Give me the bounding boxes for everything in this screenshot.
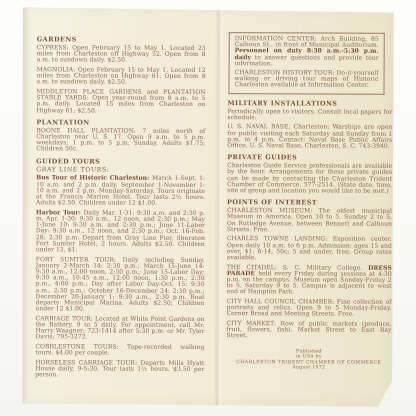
paper-edge-shadow	[21, 6, 30, 405]
paragraph: U. S. NAVAL BASE, Charleston: Warships a…	[227, 125, 392, 151]
paragraph: CARRIAGE TOUR: Located at White Point Ga…	[35, 316, 204, 342]
photo-background: - -- - - - - - - -- - - GARDENSCYPRESS: …	[0, 0, 416, 416]
paragraph: CITY MARKET: Row of public markets (prod…	[226, 321, 391, 340]
paragraph: THE CITADEL: S. C. Military College. DRE…	[227, 265, 392, 297]
paragraph: CHARLES TOWNE LANDING: Exposition center…	[227, 237, 392, 263]
column-right: INFORMATION CENTER: Arch Building, 85 Ca…	[226, 32, 392, 372]
section-heading: MILITARY INSTALLATIONS	[227, 100, 392, 108]
print-artifact: - -- - - - - - - -- - -	[285, 25, 403, 32]
section-heading: PRIVATE GUIDES	[227, 154, 392, 162]
body-text: Daily Mar. 1-31: 9:30 a.m. and 2:30 p. m…	[36, 209, 205, 253]
paragraph: Harbor Tour: Daily Mar. 1-31: 9:30 a.m. …	[36, 210, 205, 254]
body-text: to answer questions and provide tour inf…	[235, 54, 379, 67]
paragraph: INFORMATION CENTER: Arch Building, 85 Ca…	[235, 36, 379, 68]
body-text: Daily including Sunday. January 2-March …	[36, 256, 205, 312]
section-heading: GARDENS	[37, 36, 206, 44]
paragraph: CHARLESTON HISTORY TOUR: Do-it-yourself …	[235, 70, 379, 89]
paragraph: Bus Tour of Historic Charleston: March 1…	[36, 176, 205, 208]
paragraph: Charleston Guide Service professionals a…	[227, 163, 392, 195]
fold-crease	[213, 7, 225, 406]
paragraph: Periodically open to visitors. Consult l…	[227, 109, 392, 122]
section-heading: PLANTATION	[36, 119, 205, 127]
paragraph: MIDDLETON PLACE GARDENS and PLANTATION S…	[36, 89, 205, 115]
section-heading: POINTS OF INTEREST	[227, 199, 392, 207]
brochure-page: - -- - - - - - - -- - - GARDENSCYPRESS: …	[21, 6, 394, 407]
paragraph: HORSELESS CARRIAGE TOUR: Departs Mills H…	[35, 360, 204, 379]
section-heading: GUIDED TOURS	[36, 158, 205, 166]
publisher-line: August 1972	[226, 366, 391, 372]
info-box: INFORMATION CENTER: Arch Building, 85 Ca…	[228, 32, 384, 94]
body-text: Charleston Guide Service professionals a…	[227, 162, 392, 195]
paragraph: FORT SUMTER TOUR: Daily including Sunday…	[36, 257, 205, 314]
paragraph: CITY HALL COUNCIL CHAMBER: Fine collecti…	[227, 299, 392, 318]
paragraph: BOONE HALL PLANTATION: 7 miles north of …	[36, 128, 205, 154]
section-subheading: GRAY LINE TOURS:	[36, 167, 205, 175]
paragraph: CYPRESS: Open February 15 to May 1. Loca…	[37, 45, 206, 64]
paragraph: COBBLESTONE TOURS: Tape-recorded walking…	[35, 344, 204, 357]
publisher-block: Publishedin USA byCHARLESTON TRIDENT CHA…	[226, 349, 391, 372]
body-text: Periodically open to visitors. Consult l…	[227, 108, 392, 121]
paragraph: MAGNOLIA: Open February 15 to May 1. Loc…	[37, 67, 206, 86]
column-left: GARDENSCYPRESS: Open February 15 to May …	[35, 36, 206, 383]
paragraph: CHARLESTON MUSEUM: The oldest municipal …	[227, 208, 392, 234]
